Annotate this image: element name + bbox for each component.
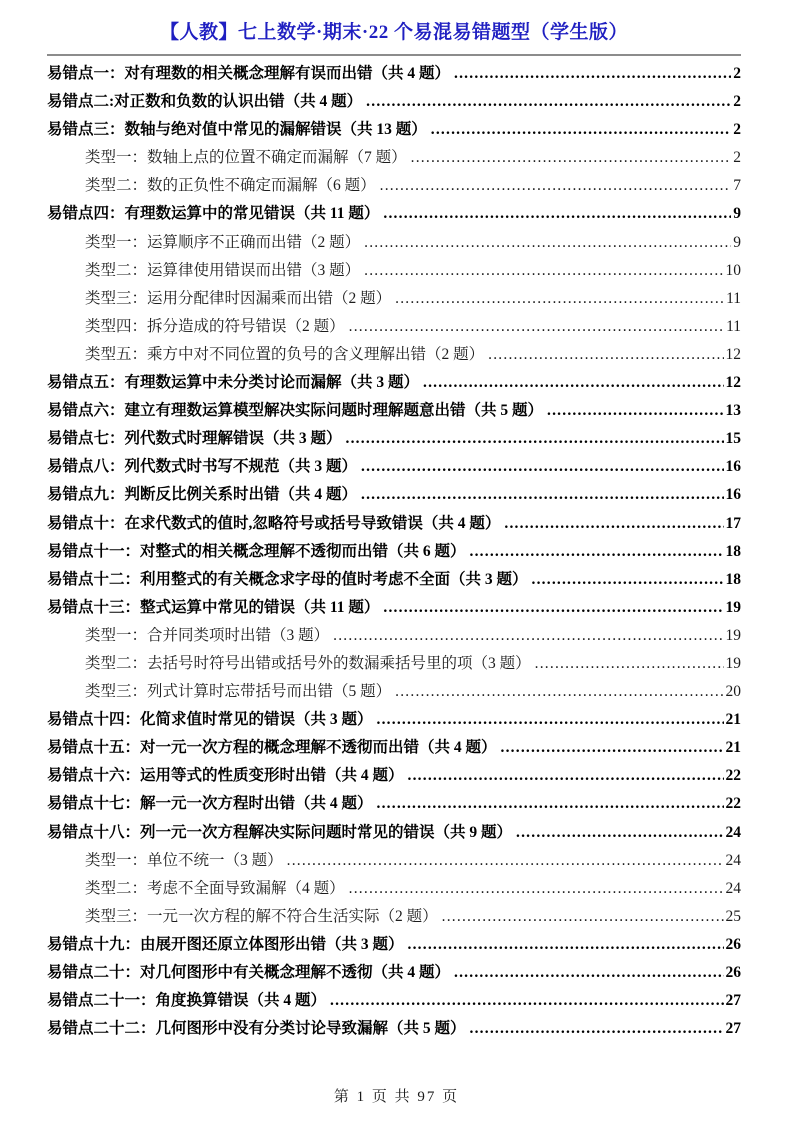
toc-entry-page: 26 (726, 959, 742, 987)
page-footer: 第 1 页 共 97 页 (0, 1085, 793, 1106)
toc-entry: 类型四：拆分造成的符号错误（2 题） 11 (47, 313, 741, 341)
toc-dot-leader (547, 397, 723, 425)
toc-entry-label: 类型二：数的正负性不确定而漏解（6 题） (47, 172, 376, 200)
toc-entry: 易错点二十：对几何图形中有关概念理解不透彻（共 4 题） 26 (47, 959, 741, 987)
toc-entry-label: 易错点十：在求代数式的值时,忽略符号或括号导致错误（共 4 题） (47, 510, 500, 538)
toc-entry: 易错点十二：利用整式的有关概念求字母的值时考虑不全面（共 3 题） 18 (47, 566, 741, 594)
toc-dot-leader (395, 678, 723, 706)
toc-entry-page: 15 (726, 425, 742, 453)
toc-dot-leader (423, 369, 723, 397)
toc-entry-label: 类型三：运用分配律时因漏乘而出错（2 题） (47, 285, 391, 313)
toc-dot-leader (408, 931, 724, 959)
toc-entry-label: 易错点三：数轴与绝对值中常见的漏解错误（共 13 题） (47, 116, 427, 144)
toc-dot-leader (501, 734, 724, 762)
toc-entry-page: 24 (726, 819, 742, 847)
toc-dot-leader (408, 762, 724, 790)
toc-entry-label: 类型三：一元一次方程的解不符合生活实际（2 题） (47, 903, 438, 931)
toc-entry-page: 27 (726, 987, 742, 1015)
toc-entry-label: 类型二：去括号时符号出错或括号外的数漏乘括号里的项（3 题） (47, 650, 531, 678)
toc-entry: 类型二：考虑不全面导致漏解（4 题） 24 (47, 875, 741, 903)
toc-entry: 易错点十九：由展开图还原立体图形出错（共 3 题） 26 (47, 931, 741, 959)
toc-entry: 易错点一：对有理数的相关概念理解有误而出错（共 4 题） 2 (47, 60, 741, 88)
toc-entry: 类型二：去括号时符号出错或括号外的数漏乘括号里的项（3 题） 19 (47, 650, 741, 678)
toc-entry: 易错点二十一：角度换算错误（共 4 题） 27 (47, 987, 741, 1015)
doc-title: 【人教】七上数学·期末·22 个易混易错题型（学生版） (47, 20, 741, 46)
toc-entry-page: 13 (726, 397, 742, 425)
toc-entry-label: 易错点十四：化简求值时常见的错误（共 3 题） (47, 706, 373, 734)
toc-entry: 易错点十一：对整式的相关概念理解不透彻而出错（共 6 题） 18 (47, 538, 741, 566)
toc-dot-leader (504, 510, 723, 538)
toc-dot-leader (361, 481, 723, 509)
toc-entry-label: 易错点二十一：角度换算错误（共 4 题） (47, 987, 326, 1015)
toc-entry-label: 易错点五：有理数运算中未分类讨论而漏解（共 3 题） (47, 369, 419, 397)
toc-entry-page: 7 (733, 172, 741, 200)
toc-entry-page: 20 (726, 678, 742, 706)
toc-entry-page: 18 (726, 566, 742, 594)
toc-entry-page: 11 (726, 313, 741, 341)
toc-entry: 易错点四：有理数运算中的常见错误（共 11 题） 9 (47, 200, 741, 228)
toc-dot-leader (346, 425, 724, 453)
toc-entry-page: 19 (726, 622, 742, 650)
toc-entry-page: 10 (726, 257, 742, 285)
toc-dot-leader (333, 622, 723, 650)
toc-dot-leader (364, 229, 731, 257)
toc-entry-page: 9 (733, 200, 741, 228)
toc-dot-leader (454, 959, 723, 987)
toc-entry-page: 2 (733, 144, 741, 172)
toc-entry: 易错点十六：运用等式的性质变形时出错（共 4 题） 22 (47, 762, 741, 790)
toc-dot-leader (383, 200, 731, 228)
toc-entry: 易错点八：列代数式时书写不规范（共 3 题） 16 (47, 453, 741, 481)
toc-dot-leader (395, 285, 724, 313)
toc-entry-label: 易错点十三：整式运算中常见的错误（共 11 题） (47, 594, 379, 622)
toc-entry: 易错点十四：化简求值时常见的错误（共 3 题） 21 (47, 706, 741, 734)
toc-entry-label: 类型一：单位不统一（3 题） (47, 847, 283, 875)
toc-entry-label: 类型三：列式计算时忘带括号而出错（5 题） (47, 678, 391, 706)
toc-entry: 易错点五：有理数运算中未分类讨论而漏解（共 3 题） 12 (47, 369, 741, 397)
toc-entry: 类型五：乘方中对不同位置的负号的含义理解出错（2 题） 12 (47, 341, 741, 369)
toc-dot-leader (349, 313, 724, 341)
toc-entry-page: 2 (733, 60, 741, 88)
toc-entry-label: 易错点二:对正数和负数的认识出错（共 4 题） (47, 88, 362, 116)
toc-entry: 易错点十五：对一元一次方程的概念理解不透彻而出错（共 4 题） 21 (47, 734, 741, 762)
toc-entry: 易错点十：在求代数式的值时,忽略符号或括号导致错误（共 4 题） 17 (47, 510, 741, 538)
toc-entry-page: 17 (726, 510, 742, 538)
toc-dot-leader (364, 257, 723, 285)
toc-entry-label: 类型一：合并同类项时出错（3 题） (47, 622, 329, 650)
toc-dot-leader (377, 790, 724, 818)
toc-entry-page: 9 (733, 229, 741, 257)
toc-entry: 类型三：一元一次方程的解不符合生活实际（2 题） 25 (47, 903, 741, 931)
toc-entry-page: 27 (726, 1015, 742, 1043)
toc-entry-page: 2 (733, 88, 741, 116)
toc-entry: 类型一：数轴上点的位置不确定而漏解（7 题） 2 (47, 144, 741, 172)
toc-entry: 类型一：运算顺序不正确而出错（2 题） 9 (47, 229, 741, 257)
title-divider (47, 54, 741, 56)
toc-entry: 易错点六：建立有理数运算模型解决实际问题时理解题意出错（共 5 题） 13 (47, 397, 741, 425)
toc-entry: 类型一：合并同类项时出错（3 题） 19 (47, 622, 741, 650)
toc-entry-page: 24 (726, 847, 742, 875)
toc-entry: 易错点九：判断反比例关系时出错（共 4 题） 16 (47, 481, 741, 509)
toc-entry-label: 易错点一：对有理数的相关概念理解有误而出错（共 4 题） (47, 60, 450, 88)
toc-entry-page: 11 (726, 285, 741, 313)
toc-list: 易错点一：对有理数的相关概念理解有误而出错（共 4 题） 2 易错点二:对正数和… (47, 60, 741, 1043)
toc-dot-leader (535, 650, 724, 678)
toc-entry-page: 21 (726, 734, 742, 762)
document-page: 【人教】七上数学·期末·22 个易混易错题型（学生版） 易错点一：对有理数的相关… (0, 0, 793, 1122)
toc-dot-leader (532, 566, 724, 594)
toc-entry: 易错点十三：整式运算中常见的错误（共 11 题） 19 (47, 594, 741, 622)
toc-entry-label: 易错点六：建立有理数运算模型解决实际问题时理解题意出错（共 5 题） (47, 397, 543, 425)
toc-entry: 类型三：运用分配律时因漏乘而出错（2 题） 11 (47, 285, 741, 313)
toc-entry-label: 易错点十一：对整式的相关概念理解不透彻而出错（共 6 题） (47, 538, 466, 566)
toc-entry-label: 易错点十六：运用等式的性质变形时出错（共 4 题） (47, 762, 404, 790)
toc-entry-page: 16 (726, 453, 742, 481)
toc-entry-page: 12 (726, 341, 742, 369)
toc-entry-label: 类型二：考虑不全面导致漏解（4 题） (47, 875, 345, 903)
toc-dot-leader (377, 706, 724, 734)
toc-entry: 类型一：单位不统一（3 题） 24 (47, 847, 741, 875)
toc-entry-label: 易错点四：有理数运算中的常见错误（共 11 题） (47, 200, 379, 228)
toc-dot-leader (470, 538, 724, 566)
toc-entry-page: 2 (733, 116, 741, 144)
toc-entry: 易错点二十二：几何图形中没有分类讨论导致漏解（共 5 题） 27 (47, 1015, 741, 1043)
toc-entry-label: 易错点十五：对一元一次方程的概念理解不透彻而出错（共 4 题） (47, 734, 497, 762)
toc-dot-leader (366, 88, 731, 116)
toc-entry-label: 类型一：运算顺序不正确而出错（2 题） (47, 229, 360, 257)
toc-dot-leader (516, 819, 723, 847)
toc-dot-leader (431, 116, 731, 144)
toc-entry-page: 25 (726, 903, 742, 931)
toc-entry-page: 21 (726, 706, 742, 734)
toc-entry: 类型二：运算律使用错误而出错（3 题） 10 (47, 257, 741, 285)
toc-entry-page: 19 (726, 650, 742, 678)
toc-entry-label: 易错点八：列代数式时书写不规范（共 3 题） (47, 453, 357, 481)
toc-dot-leader (287, 847, 724, 875)
toc-entry-page: 18 (726, 538, 742, 566)
toc-dot-leader (330, 987, 723, 1015)
toc-entry: 易错点二:对正数和负数的认识出错（共 4 题） 2 (47, 88, 741, 116)
toc-entry-page: 19 (726, 594, 742, 622)
toc-entry-page: 22 (726, 790, 742, 818)
toc-entry: 易错点三：数轴与绝对值中常见的漏解错误（共 13 题） 2 (47, 116, 741, 144)
toc-entry-label: 易错点十七：解一元一次方程时出错（共 4 题） (47, 790, 373, 818)
toc-entry: 类型二：数的正负性不确定而漏解（6 题） 7 (47, 172, 741, 200)
toc-entry-label: 易错点七：列代数式时理解错误（共 3 题） (47, 425, 342, 453)
toc-entry-label: 类型五：乘方中对不同位置的负号的含义理解出错（2 题） (47, 341, 484, 369)
toc-entry-label: 类型四：拆分造成的符号错误（2 题） (47, 313, 345, 341)
toc-entry-page: 24 (726, 875, 742, 903)
toc-entry: 类型三：列式计算时忘带括号而出错（5 题） 20 (47, 678, 741, 706)
toc-dot-leader (411, 144, 732, 172)
toc-entry-page: 12 (726, 369, 742, 397)
toc-dot-leader (488, 341, 723, 369)
toc-dot-leader (470, 1015, 724, 1043)
toc-entry: 易错点七：列代数式时理解错误（共 3 题） 15 (47, 425, 741, 453)
toc-dot-leader (442, 903, 724, 931)
toc-entry: 易错点十八：列一元一次方程解决实际问题时常见的错误（共 9 题） 24 (47, 819, 741, 847)
toc-entry-page: 26 (726, 931, 742, 959)
toc-entry-page: 16 (726, 481, 742, 509)
toc-dot-leader (383, 594, 723, 622)
toc-entry-page: 22 (726, 762, 742, 790)
toc-entry-label: 易错点十二：利用整式的有关概念求字母的值时考虑不全面（共 3 题） (47, 566, 528, 594)
toc-entry-label: 类型二：运算律使用错误而出错（3 题） (47, 257, 360, 285)
toc-dot-leader (349, 875, 724, 903)
toc-entry-label: 易错点十八：列一元一次方程解决实际问题时常见的错误（共 9 题） (47, 819, 512, 847)
toc-dot-leader (380, 172, 732, 200)
toc-entry-label: 类型一：数轴上点的位置不确定而漏解（7 题） (47, 144, 407, 172)
toc-entry-label: 易错点十九：由展开图还原立体图形出错（共 3 题） (47, 931, 404, 959)
toc-entry-label: 易错点二十：对几何图形中有关概念理解不透彻（共 4 题） (47, 959, 450, 987)
toc-entry-label: 易错点二十二：几何图形中没有分类讨论导致漏解（共 5 题） (47, 1015, 466, 1043)
toc-dot-leader (454, 60, 731, 88)
toc-entry-label: 易错点九：判断反比例关系时出错（共 4 题） (47, 481, 357, 509)
toc-entry: 易错点十七：解一元一次方程时出错（共 4 题） 22 (47, 790, 741, 818)
toc-dot-leader (361, 453, 723, 481)
